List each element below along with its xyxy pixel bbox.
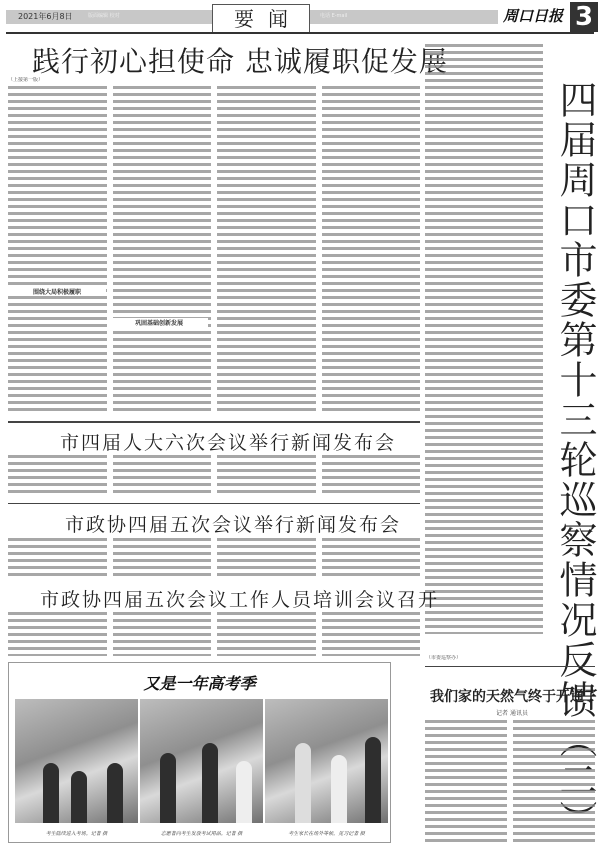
lead-body: [8, 86, 420, 414]
divider: [8, 503, 420, 504]
gas-byline: 记者 通讯员: [430, 708, 594, 717]
section-title: 要闻: [212, 4, 310, 34]
photo-caption-1: 考生陆续进入考场。记者 摄: [15, 830, 138, 837]
npc-headline: 市四届人大六次会议举行新闻发布会: [60, 428, 396, 455]
photo-3: [265, 699, 388, 823]
lead-col-2: [113, 86, 212, 414]
divider: [8, 421, 420, 423]
npc-body: [8, 455, 420, 497]
cppcc-col: [8, 538, 107, 580]
lead-continued: （上接第一版）: [8, 77, 43, 84]
cppcc-col: [217, 538, 316, 580]
contact-line: 电话 E-mail: [320, 12, 347, 19]
photo-2: [140, 699, 263, 823]
photo-caption-2: 志愿者向考生发放考试用品。记者 摄: [140, 830, 263, 837]
lead-headline: 践行初心担使命 忠诚履职促发展: [32, 40, 448, 80]
training-col: [113, 612, 212, 656]
gas-col: [513, 720, 595, 844]
photo-feature-title: 又是一年高考季: [9, 671, 390, 694]
header-rule: [6, 32, 594, 34]
cppcc-col: [113, 538, 212, 580]
lead-subhead-2: 巩固基础创新发展: [110, 318, 208, 327]
gas-body: [425, 720, 595, 844]
issue-date: 2021年6月8日: [18, 11, 73, 22]
photo-feature: 又是一年高考季 考生陆续进入考场。记者 摄 志愿者向考生发放考试用品。记者 摄 …: [8, 662, 391, 843]
gas-col: [425, 720, 507, 844]
photo-1: [15, 699, 138, 823]
cppcc-body: [8, 538, 420, 580]
training-body: [8, 612, 420, 656]
editor-line: 版面编辑 校对: [88, 12, 120, 19]
npc-col: [8, 455, 107, 497]
training-headline: 市政协四届五次会议工作人员培训会议召开: [40, 585, 439, 612]
page-number: 3: [570, 2, 598, 32]
masthead-logo: 周口日报: [503, 5, 563, 26]
lead-subhead-1: 围绕大局积极履职: [8, 287, 106, 296]
divider: [425, 666, 595, 667]
lead-col-1: [8, 86, 107, 414]
training-col: [8, 612, 107, 656]
npc-col: [113, 455, 212, 497]
gas-headline: 我们家的天然气终于开通了: [430, 686, 598, 706]
cppcc-headline: 市政协四届五次会议举行新闻发布会: [65, 510, 401, 537]
lead-col-3: [217, 86, 316, 414]
cppcc-col: [322, 538, 421, 580]
photo-caption-3: 考生家长在场外等候。见习记者 摄: [265, 830, 388, 837]
npc-col: [322, 455, 421, 497]
inspection-body: [425, 44, 543, 634]
lead-col-4: [322, 86, 421, 414]
training-col: [322, 612, 421, 656]
inspection-col: [425, 44, 543, 634]
npc-col: [217, 455, 316, 497]
inspection-end-mark: （市委巡察办）: [426, 655, 461, 662]
training-col: [217, 612, 316, 656]
page-header: 2021年6月8日 版面编辑 校对 要闻 电话 E-mail 周口日报 3: [0, 0, 600, 36]
